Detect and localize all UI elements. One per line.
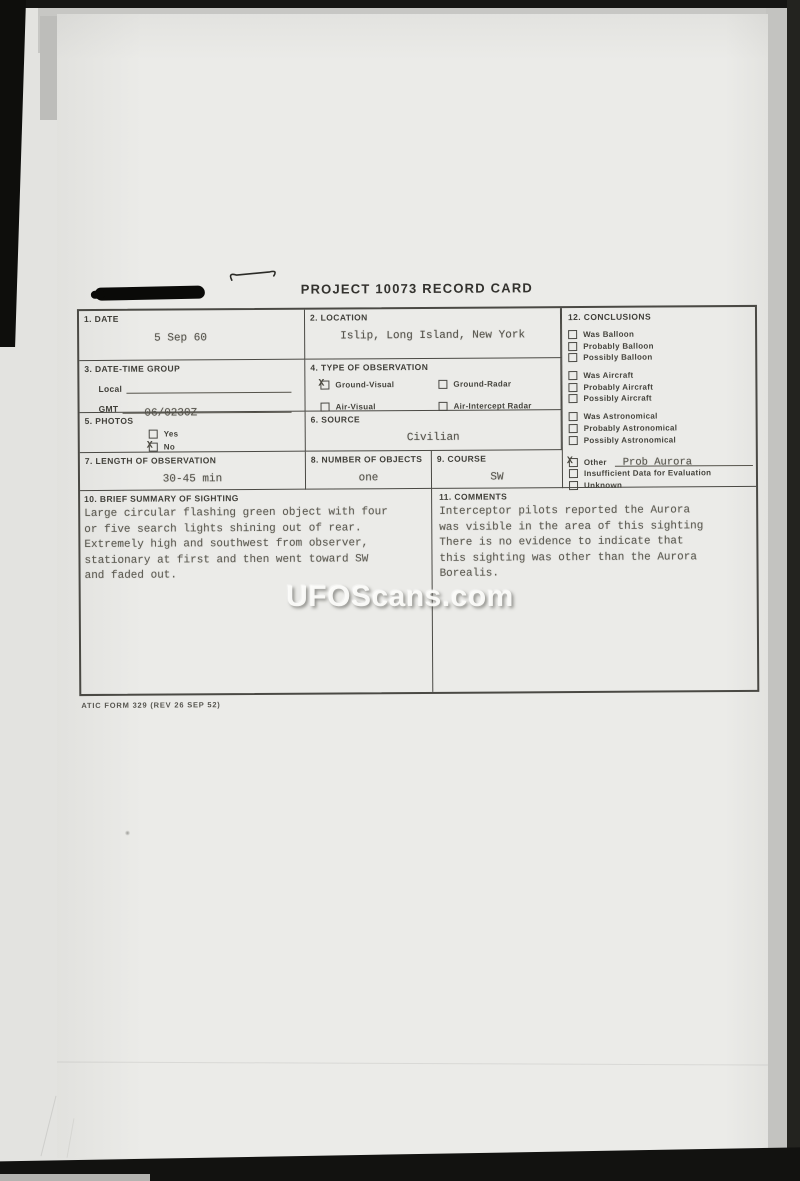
field-source: 6. SOURCE Civilian [306,410,562,452]
field-type-of-observation: 4. TYPE OF OBSERVATION Ground-Visual Gro… [305,358,561,412]
field-course: 9. COURSE SW [432,450,562,489]
scan-edge-bottom-left [0,1174,150,1181]
option-label: Air-Intercept Radar [454,401,532,410]
option-label: Possibly Balloon [583,353,652,362]
option-label: Ground-Visual [335,380,394,389]
option-label: Yes [164,429,179,438]
photos-options: Yes No [149,429,300,452]
photos-option: No [149,442,300,452]
checkbox-icon [439,401,448,410]
other-underline: Prob Aurora [615,453,753,467]
field-label: 12. CONCLUSIONS [568,311,752,322]
field-label: 11. COMMENTS [439,490,756,502]
comments-text: Interceptor pilots reported the Aurora w… [439,503,756,582]
conclusion-group-astronomical: Was Astronomical Probably Astronomical P… [569,411,753,444]
checkbox-icon [320,381,329,390]
record-card: 1. DATE 5 Sep 60 2. LOCATION Islip, Long… [77,305,759,696]
field-value: SW [437,471,557,484]
checkbox-icon [149,430,158,439]
option-label: Probably Astronomical [584,423,678,433]
checkbox-icon [149,443,158,452]
summary-text: Large circular flashing green object wit… [84,505,427,585]
local-underline [126,380,291,394]
observation-options: Ground-Visual Ground-Radar Air-Visual Ai… [320,379,555,414]
field-number-of-objects: 8. NUMBER OF OBJECTS one [306,451,432,490]
option-label: Was Balloon [583,330,634,339]
conclusion-group-other: Other Prob Aurora Insufficient Data for … [569,453,753,490]
form-number: ATIC FORM 329 (REV 26 SEP 52) [81,700,220,710]
field-value: 5 Sep 60 [154,332,299,345]
observation-option: Air-Intercept Radar [439,401,556,411]
conclusion-option: Was Balloon [568,329,752,339]
checkbox-icon [568,383,577,392]
field-length-of-observation: 7. LENGTH OF OBSERVATION 30-45 min [80,452,306,491]
field-label: 3. DATE-TIME GROUP [84,363,299,374]
conclusion-option: Possibly Aircraft [568,393,752,403]
field-value: 30-45 min [85,473,300,486]
field-label: 8. NUMBER OF OBJECTS [311,454,426,465]
local-label: Local [98,384,122,394]
conclusion-group-aircraft: Was Aircraft Probably Aircraft Possibly … [568,370,752,403]
observation-option: Ground-Radar [438,379,555,389]
checkbox-icon [568,353,577,362]
conclusion-option: Was Astronomical [569,411,753,421]
checkbox-icon [438,380,447,389]
photos-option: Yes [149,429,300,439]
option-label: Probably Balloon [583,341,654,350]
option-label: Possibly Astronomical [584,435,676,445]
field-label: 4. TYPE OF OBSERVATION [310,361,555,372]
conclusion-option: Insufficient Data for Evaluation [569,468,753,478]
other-value: Prob Aurora [623,456,692,468]
field-label: 10. BRIEF SUMMARY OF SIGHTING [84,492,427,504]
field-location: 2. LOCATION Islip, Long Island, New York [305,308,561,360]
conclusion-option: Was Aircraft [568,370,752,380]
observation-option: Air-Visual [321,401,439,411]
field-value: Civilian [311,431,556,444]
field-value: one [311,472,426,485]
field-label: 9. COURSE [437,453,557,464]
checkbox-icon [321,402,330,411]
conclusion-option: Probably Balloon [568,341,752,351]
option-label: Possibly Aircraft [583,394,651,403]
field-label: 2. LOCATION [310,311,555,322]
checkbox-icon [568,371,577,380]
conclusion-group-balloon: Was Balloon Probably Balloon Possibly Ba… [568,329,752,362]
page-title: PROJECT 10073 RECORD CARD [77,279,757,298]
option-label: No [164,442,175,451]
field-date: 1. DATE 5 Sep 60 [79,310,305,361]
scan-edge-top [0,0,800,8]
field-label: 5. PHOTOS [85,415,300,426]
field-conclusions: 12. CONCLUSIONS Was Balloon Probably Bal… [561,307,756,488]
field-photos: 5. PHOTOS Yes No [80,412,306,453]
option-label: Other [584,457,607,466]
field-label: 7. LENGTH OF OBSERVATION [85,455,300,466]
field-label: 1. DATE [84,313,299,324]
observation-option: Ground-Visual [320,380,438,390]
conclusion-option: Probably Aircraft [568,382,752,392]
dtg-local-row: Local [98,380,291,394]
checkbox-icon [569,424,578,433]
scanned-page: PROJECT 10073 RECORD CARD 1. DATE 5 Sep … [0,0,800,1181]
checkbox-icon [569,469,578,478]
checkbox-icon [569,458,578,467]
watermark: UFOScans.com [0,580,800,614]
conclusion-option-other: Other Prob Aurora [569,453,753,467]
option-label: Was Aircraft [583,371,633,380]
field-value: Islip, Long Island, New York [310,329,555,342]
checkbox-icon [568,330,577,339]
conclusion-option: Possibly Astronomical [569,435,753,445]
checkbox-icon [569,412,578,421]
field-label: 6. SOURCE [311,413,556,424]
option-label: Ground-Radar [453,379,511,388]
conclusion-option: Probably Astronomical [569,423,753,433]
option-label: Probably Aircraft [583,382,653,391]
conclusion-option: Possibly Balloon [568,352,752,362]
checkbox-icon [569,436,578,445]
option-label: Insufficient Data for Evaluation [584,468,711,478]
option-label: Air-Visual [336,402,376,411]
checkbox-icon [568,342,577,351]
scan-edge-right [787,0,800,1155]
option-label: Was Astronomical [584,412,658,421]
field-date-time-group: 3. DATE-TIME GROUP Local GMT 06/0230Z [79,360,305,413]
checkbox-icon [568,394,577,403]
